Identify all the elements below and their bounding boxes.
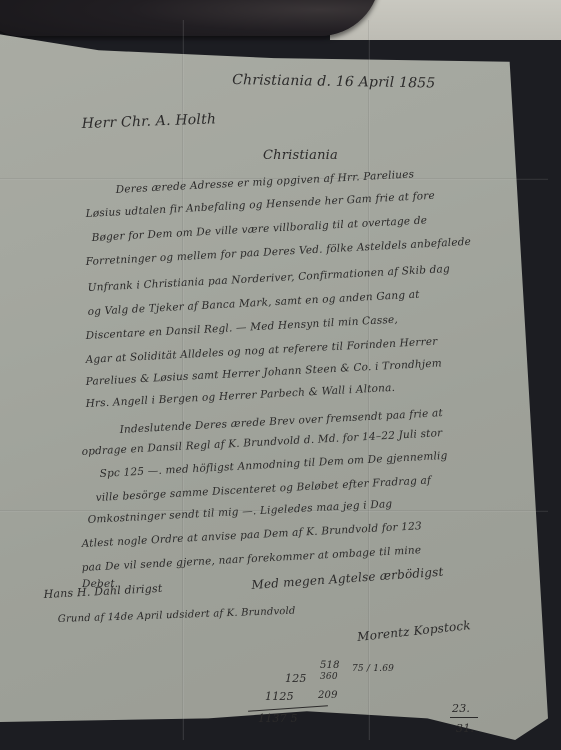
calc-value: 518 [320,660,340,671]
corner-note-rule [450,717,478,718]
addressee-city: Christiania [263,148,338,163]
calc-value: 209 [318,690,338,701]
calc-value: 1125 [265,690,294,703]
calc-total: 1137 5 [258,712,298,725]
dark-object-top [0,0,380,36]
calc-margin-fraction: 75 / 1.69 [352,664,394,674]
calc-value: 125 [285,672,307,685]
corner-note-denominator: 31. [456,722,474,735]
corner-note-numerator: 23. [452,702,470,715]
calc-value: 360 [320,672,338,682]
